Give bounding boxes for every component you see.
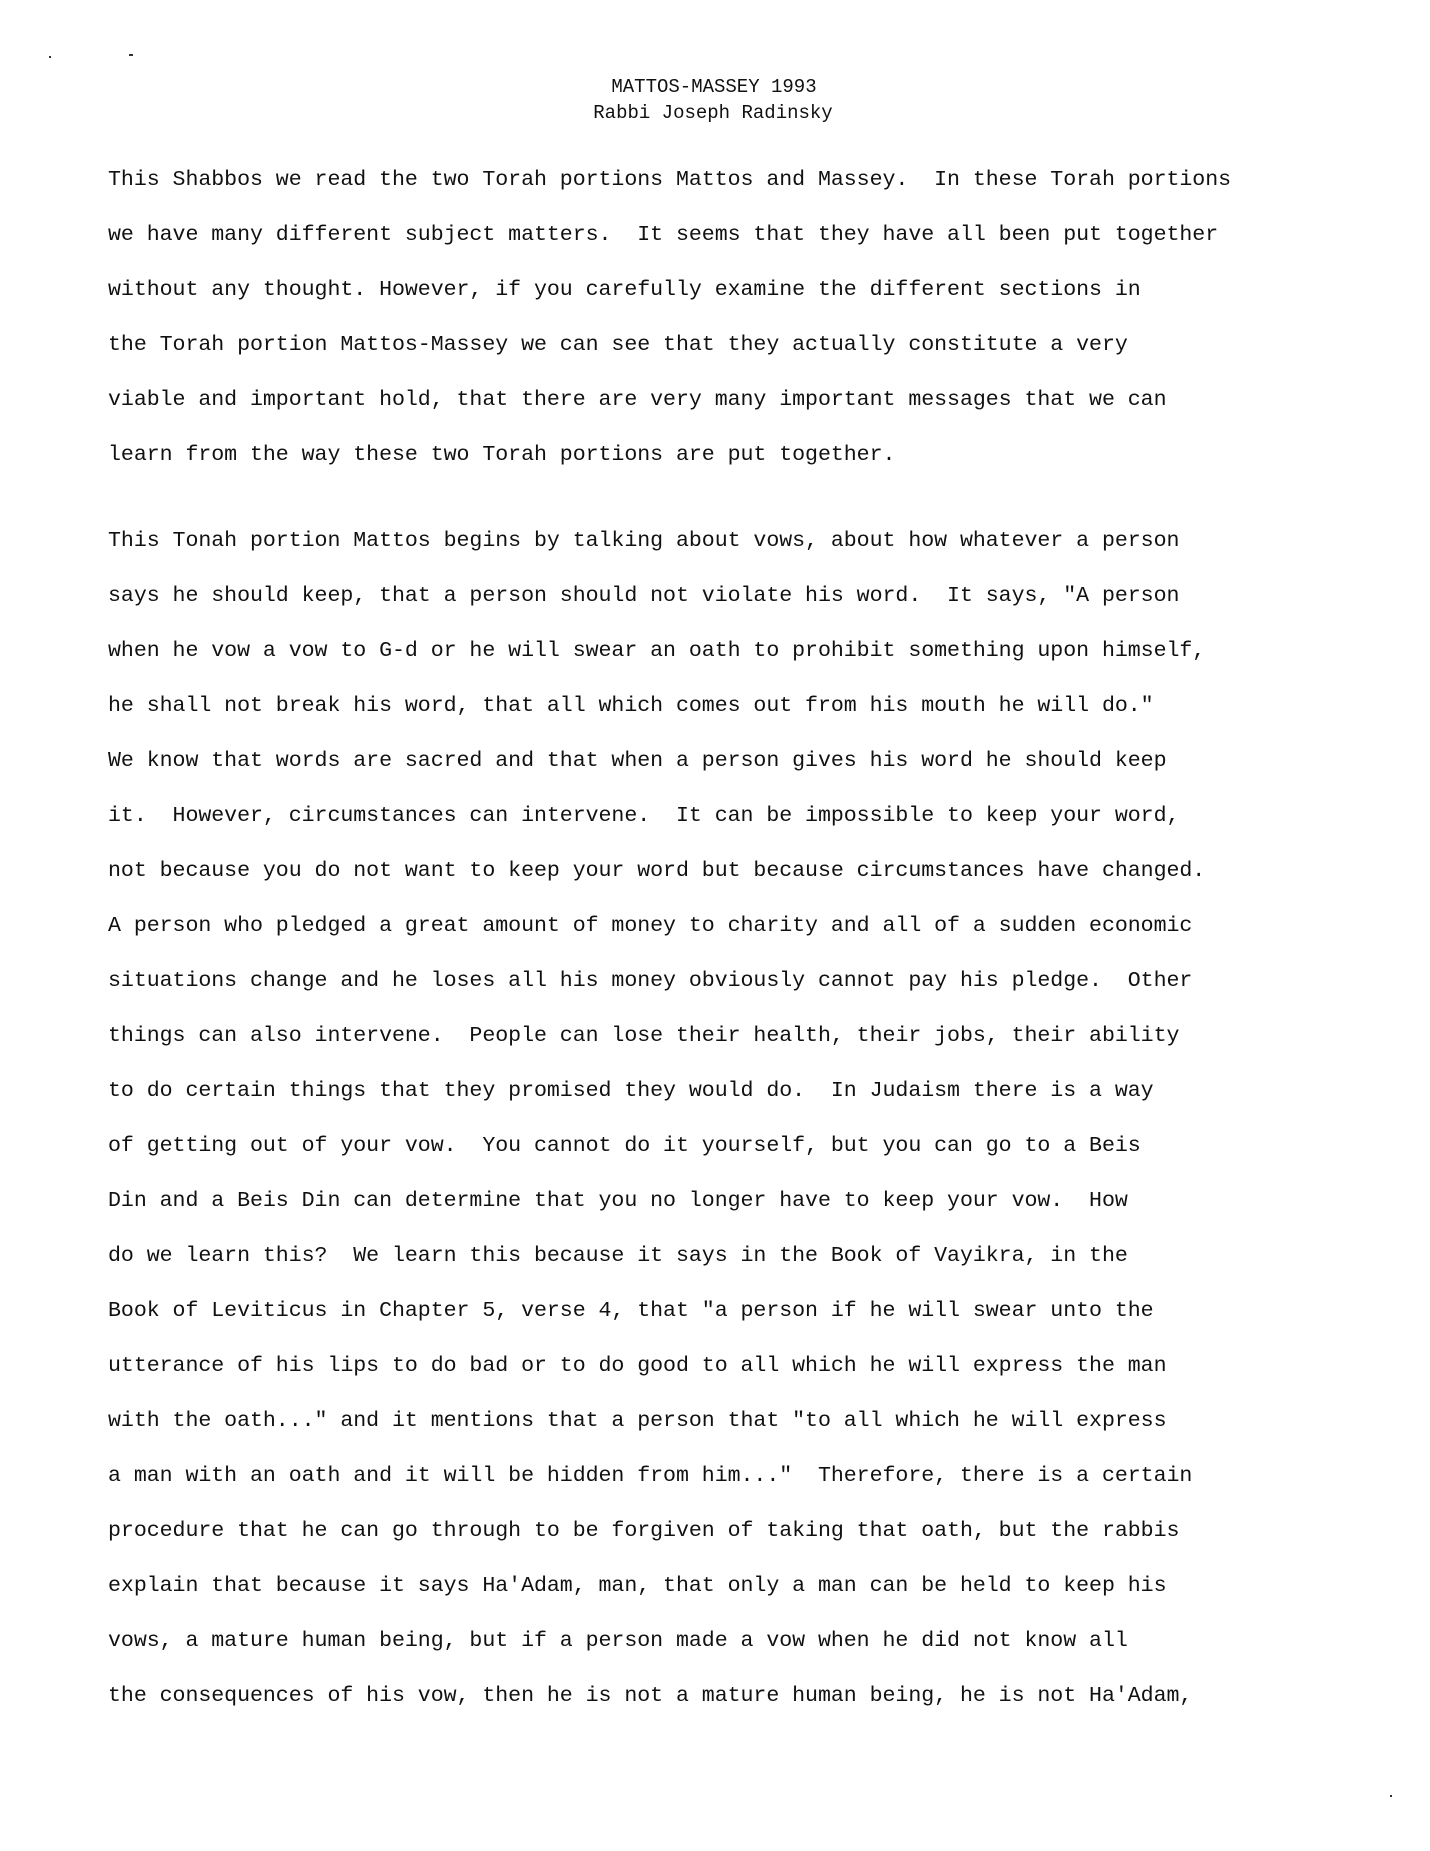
scan-speck — [129, 54, 133, 56]
text-line: with the oath..." and it mentions that a… — [108, 1394, 1205, 1449]
text-line: not because you do not want to keep your… — [108, 844, 1205, 899]
text-line: viable and important hold, that there ar… — [108, 373, 1231, 428]
text-line: vows, a mature human being, but if a per… — [108, 1614, 1205, 1669]
text-line: do we learn this? We learn this because … — [108, 1229, 1205, 1284]
scan-speck — [49, 56, 51, 58]
document-title: MATTOS-MASSEY 1993 — [0, 74, 1429, 100]
text-line: situations change and he loses all his m… — [108, 954, 1205, 1009]
text-line: This Tonah portion Mattos begins by talk… — [108, 514, 1205, 569]
document-author: Rabbi Joseph Radinsky — [0, 100, 1428, 126]
paragraph-vows: This Tonah portion Mattos begins by talk… — [108, 514, 1205, 1724]
text-line: the Torah portion Mattos-Massey we can s… — [108, 318, 1231, 373]
text-line: to do certain things that they promised … — [108, 1064, 1205, 1119]
text-line: he shall not break his word, that all wh… — [108, 679, 1205, 734]
text-line: when he vow a vow to G-d or he will swea… — [108, 624, 1205, 679]
text-line: we have many different subject matters. … — [108, 208, 1231, 263]
text-line: explain that because it says Ha'Adam, ma… — [108, 1559, 1205, 1614]
text-line: This Shabbos we read the two Torah porti… — [108, 153, 1231, 208]
text-line: of getting out of your vow. You cannot d… — [108, 1119, 1205, 1174]
paragraph-intro: This Shabbos we read the two Torah porti… — [108, 153, 1231, 483]
text-line: things can also intervene. People can lo… — [108, 1009, 1205, 1064]
text-line: without any thought. However, if you car… — [108, 263, 1231, 318]
scan-speck — [1390, 1795, 1392, 1797]
text-line: learn from the way these two Torah porti… — [108, 428, 1231, 483]
text-line: Book of Leviticus in Chapter 5, verse 4,… — [108, 1284, 1205, 1339]
text-line: says he should keep, that a person shoul… — [108, 569, 1205, 624]
text-line: We know that words are sacred and that w… — [108, 734, 1205, 789]
text-line: utterance of his lips to do bad or to do… — [108, 1339, 1205, 1394]
text-line: Din and a Beis Din can determine that yo… — [108, 1174, 1205, 1229]
text-line: procedure that he can go through to be f… — [108, 1504, 1205, 1559]
text-line: it. However, circumstances can intervene… — [108, 789, 1205, 844]
text-line: a man with an oath and it will be hidden… — [108, 1449, 1205, 1504]
text-line: the consequences of his vow, then he is … — [108, 1669, 1205, 1724]
text-line: A person who pledged a great amount of m… — [108, 899, 1205, 954]
